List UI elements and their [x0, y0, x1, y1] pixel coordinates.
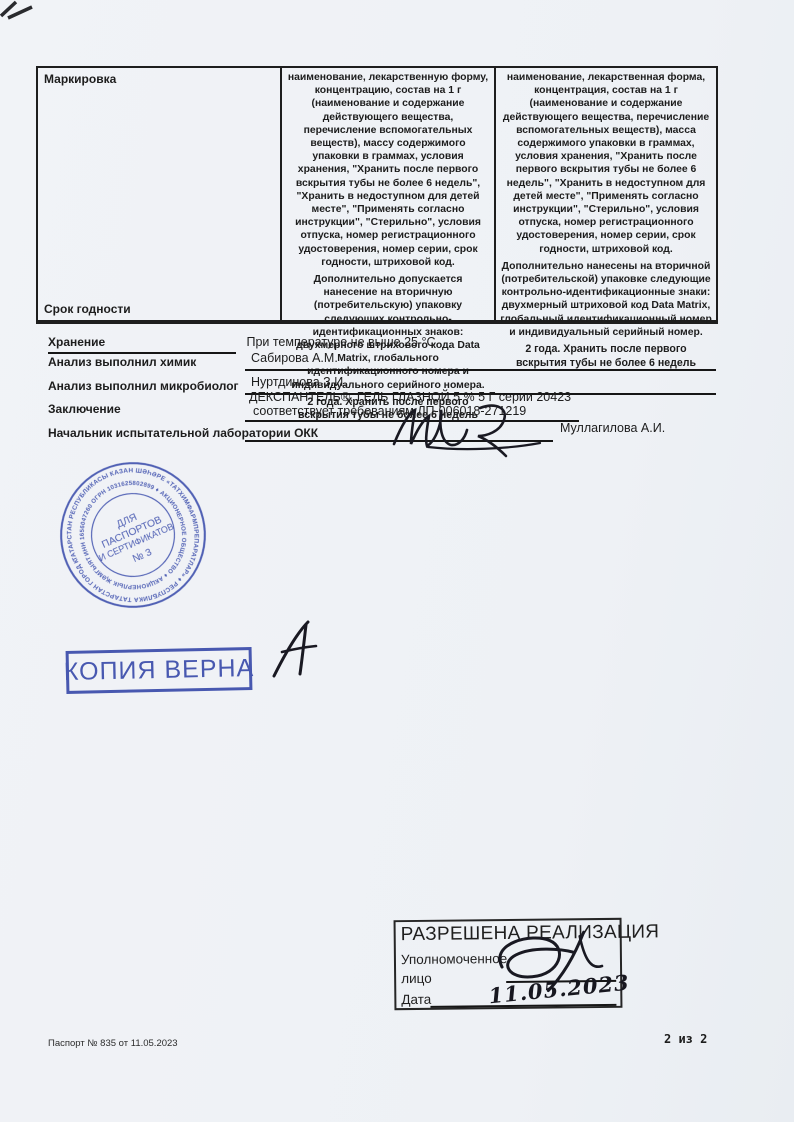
additional-marking-text-right: Дополнительно нанесены на вторичной (пот… [500, 260, 712, 339]
marking-spec-table: Маркировка Срок годности наименование, л… [36, 66, 718, 324]
microbiologist-value: Нуртдинова З.И. [251, 375, 347, 389]
storage-value: При температуре не выше 25 °C [246, 335, 435, 349]
chemist-value-line: Сабирова А.М. [245, 349, 716, 371]
table-col-right: наименование, лекарственная форма, конце… [496, 68, 716, 320]
passport-number-footer: Паспорт № 835 от 11.05.2023 [48, 1038, 178, 1049]
table-col-middle: наименование, лекарственную форму, конце… [282, 68, 496, 320]
chemist-label: Анализ выполнил химик [48, 355, 196, 369]
copy-verified-label: КОПИЯ ВЕРНА [64, 654, 255, 687]
lab-head-signature [388, 400, 588, 458]
handwritten-initials-mark [262, 618, 322, 680]
chemist-value: Сабирова А.М. [251, 351, 338, 365]
marking-text-right: наименование, лекарственная форма, конце… [500, 71, 712, 256]
release-authorization-stamp: РАЗРЕШЕНА РЕАЛИЗАЦИЯ Уполномоченное лицо… [394, 918, 623, 1010]
scan-corner-artifact [0, 0, 44, 22]
authorized-person-label-line2: лицо [401, 971, 432, 986]
marking-row-label: Маркировка [44, 72, 116, 86]
microbiologist-label: Анализ выполнил микробиолог [48, 379, 239, 393]
table-col-labels: Маркировка Срок годности [38, 68, 282, 320]
round-org-stamp: ТАТАРСТАН РЕСПУБЛИКАСЫ КАЗАН ШӘҺӘРЕ «ТАТ… [33, 435, 234, 636]
conclusion-label: Заключение [48, 402, 121, 416]
shelf-life-row-label: Срок годности [44, 302, 131, 316]
date-label: Дата [401, 992, 431, 1007]
copy-verified-stamp: КОПИЯ ВЕРНА [66, 647, 253, 694]
scanned-quality-passport-page: Маркировка Срок годности наименование, л… [0, 0, 794, 1122]
storage-label: Хранение [48, 335, 105, 349]
stamp-center-line4: № 3 [131, 547, 154, 565]
page-number: 2 из 2 [664, 1032, 707, 1046]
marking-text-middle: наименование, лекарственную форму, конце… [286, 71, 490, 269]
lab-head-name: Муллагилова А.И. [560, 421, 665, 435]
